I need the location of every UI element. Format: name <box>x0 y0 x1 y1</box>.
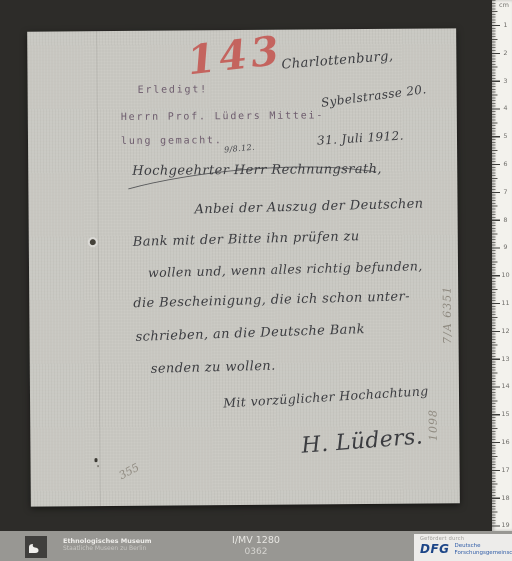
ruler-cm-label: 9 <box>500 243 511 251</box>
signature: H. Lüders. <box>301 424 424 458</box>
ruler-cm-label: 15 <box>500 410 511 418</box>
ruler-cm-label: 3 <box>500 77 511 85</box>
body-line-1: Anbei der Auszug der Deutschen <box>194 197 423 218</box>
ruler-cm-label: 2 <box>500 49 511 57</box>
letter-city: Charlottenburg, <box>281 49 394 73</box>
ruler-cm-label: 11 <box>500 299 511 307</box>
ruler-cm-label: 5 <box>500 132 511 140</box>
body-line-5: schrieben, an die Deutsche Bank <box>135 322 365 345</box>
margin-note-bottom-left: 355 <box>117 461 142 482</box>
ruler-cm-label: 19 <box>500 521 511 529</box>
body-line-2: Bank mit der Bitte ihn prüfen zu <box>133 229 360 250</box>
ruler-cm-label: 14 <box>500 382 511 390</box>
footer-bar: Ethnologisches Museum Staatliche Museen … <box>0 531 512 561</box>
ruler-cm-label: 18 <box>500 494 511 502</box>
margin-note-number: 1098 <box>427 395 440 455</box>
paper-fold-line <box>96 31 101 506</box>
ruler-cm-label: 4 <box>500 104 511 112</box>
cm-ruler: cm 12345678910111213141516171819 <box>492 0 512 531</box>
ruler-cm-label: 7 <box>500 188 511 196</box>
ruler-cm-label: 1 <box>500 21 511 29</box>
received-date-note: 9/8.12. <box>224 143 256 155</box>
archive-folio-number: 143 <box>185 27 285 84</box>
body-line-3: wollen und, wenn alles richtig befunden, <box>148 258 423 280</box>
typed-stamp-line3: lung gemacht. <box>121 135 223 147</box>
ink-speck <box>94 458 97 462</box>
typed-stamp-line2: Herrn Prof. Lüders Mittei- <box>121 110 324 123</box>
ruler-cm-label: 16 <box>500 438 511 446</box>
ruler-cm-label: 12 <box>500 327 511 335</box>
margin-note-inventory: 7/A 6351 <box>441 275 455 355</box>
ruler-cm-label: 13 <box>500 355 511 363</box>
dfg-org-line1: Deutsche <box>455 543 512 550</box>
ruler-cm-label: 6 <box>500 160 511 168</box>
body-line-6: senden zu wollen. <box>151 359 276 377</box>
paper-hole <box>90 239 96 245</box>
scan-viewport: 143 Charlottenburg, Sybelstrasse 20. 31.… <box>0 0 512 561</box>
body-line-4: die Bescheinigung, die ich schon unter- <box>133 289 410 311</box>
ruler-cm-label: 10 <box>500 271 511 279</box>
ruler-unit-label: cm <box>499 1 509 9</box>
ruler-cm-label: 17 <box>500 466 511 474</box>
funding-box: Gefördert durch DFG Deutsche Forschungsg… <box>414 534 512 561</box>
salutation-line: Hochgeehrter Herr Rechnungsrath, <box>132 162 382 179</box>
letter-street: Sybelstrasse 20. <box>320 82 427 110</box>
typed-stamp-line1: Erledigt! <box>138 84 208 96</box>
closing-line: Mit vorzüglicher Hochachtung <box>223 383 429 410</box>
dfg-logo: DFG <box>420 543 450 555</box>
dfg-org-name: Deutsche Forschungsgemeinschaft <box>455 543 512 556</box>
ruler-cm-label: 8 <box>500 216 511 224</box>
letter-date: 31. Juli 1912. <box>317 128 405 147</box>
dfg-org-line2: Forschungsgemeinschaft <box>455 550 512 557</box>
letter-page: 143 Charlottenburg, Sybelstrasse 20. 31.… <box>27 28 460 506</box>
